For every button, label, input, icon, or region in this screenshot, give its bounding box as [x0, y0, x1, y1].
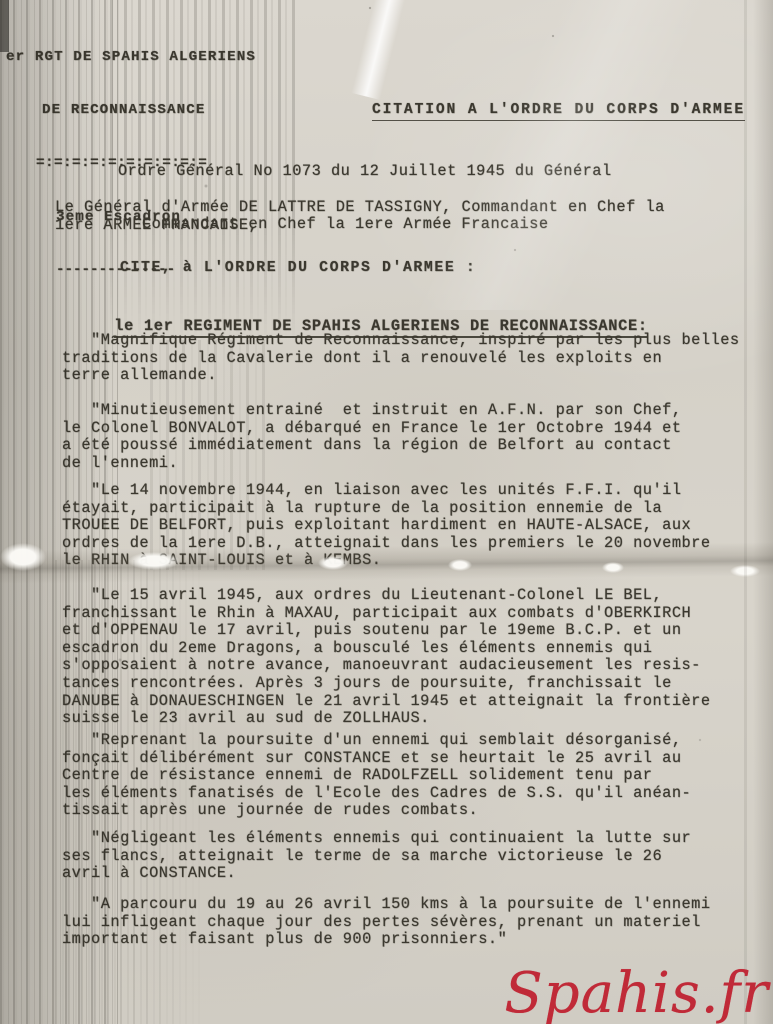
citation-paragraph-1: "Magnifique Régiment de Reconnaissance, …	[62, 332, 762, 385]
spahis-fr-watermark: Spahis.fr	[504, 964, 769, 1024]
general-intro-paragraph: Le Général d'Armée DE LATTRE DE TASSIGNY…	[55, 199, 665, 234]
unit-name-line1: er RGT DE SPAHIS ALGERIENS	[6, 49, 256, 67]
unit-name-line2: DE RECONNAISSANCE	[42, 102, 256, 120]
citation-paragraph-4: "Le 15 avril 1945, aux ordres du Lieuten…	[62, 587, 762, 728]
scanned-citation-page: er RGT DE SPAHIS ALGERIENS DE RECONNAISS…	[0, 0, 773, 1024]
citation-title-text: CITATION A L'ORDRE DU CORPS D'ARMEE	[372, 102, 745, 121]
citation-paragraph-6: "Négligeant les éléments ennemis qui con…	[62, 830, 762, 883]
order-line-1: Ordre Général No 1073 du 12 Juillet 1945…	[118, 163, 612, 181]
citation-paragraph-2: "Minutieusement entrainé et instruit en …	[62, 402, 762, 472]
citation-paragraph-7: "A parcouru du 19 au 26 avril 150 kms à …	[62, 896, 762, 949]
cite-line: CITE, à L'ORDRE DU CORPS D'ARMEE :	[120, 260, 476, 278]
citation-paragraph-5: "Reprenant la poursuite d'un ennemi qui …	[62, 732, 762, 820]
citation-paragraph-3: "Le 14 novembre 1944, en liaison avec le…	[62, 482, 762, 570]
typewritten-text-layer: er RGT DE SPAHIS ALGERIENS DE RECONNAISS…	[0, 0, 773, 1024]
